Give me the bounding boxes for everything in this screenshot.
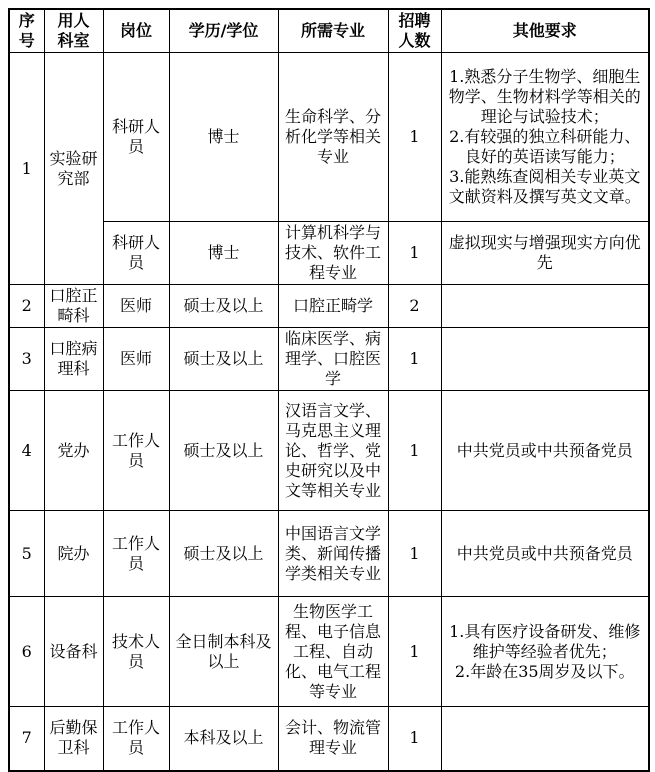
table-row: 2 口腔正畸科 医师 硕士及以上 口腔正畸学 2: [9, 285, 649, 328]
cell-major: 计算机科学与技术、软件工程专业: [278, 222, 388, 285]
cell-degree: 博士: [169, 53, 278, 222]
cell-position: 工作人员: [103, 511, 169, 597]
cell-degree: 硕士及以上: [169, 328, 278, 391]
table-row: 1 实验研究部 科研人员 博士 生命科学、分析化学等相关专业 1 1.熟悉分子生…: [9, 53, 649, 222]
cell-degree: 硕士及以上: [169, 511, 278, 597]
cell-other: [441, 328, 649, 391]
cell-other: 虚拟现实与增强现实方向优先: [441, 222, 649, 285]
header-no: 序号: [9, 9, 44, 53]
cell-dept: 实验研究部: [44, 53, 103, 285]
cell-major: 临床医学、病理学、口腔医学: [278, 328, 388, 391]
cell-other: 中共党员或中共预备党员: [441, 391, 649, 511]
table-row: 3 口腔病理科 医师 硕士及以上 临床医学、病理学、口腔医学 1: [9, 328, 649, 391]
cell-position: 工作人员: [103, 391, 169, 511]
cell-position: 医师: [103, 328, 169, 391]
cell-dept: 院办: [44, 511, 103, 597]
header-degree: 学历/学位: [169, 9, 278, 53]
cell-other: 中共党员或中共预备党员: [441, 511, 649, 597]
cell-major: 汉语言文学、马克思主义理论、哲学、党史研究以及中文等相关专业: [278, 391, 388, 511]
cell-no: 4: [9, 391, 44, 511]
cell-other: [441, 285, 649, 328]
cell-no: 2: [9, 285, 44, 328]
cell-degree: 硕士及以上: [169, 391, 278, 511]
cell-position: 科研人员: [103, 53, 169, 222]
cell-dept: 设备科: [44, 597, 103, 707]
cell-count: 1: [388, 511, 441, 597]
header-dept: 用人科室: [44, 9, 103, 53]
table-row: 5 院办 工作人员 硕士及以上 中国语言文学类、新闻传播学类相关专业 1 中共党…: [9, 511, 649, 597]
cell-major: 生物医学工程、电子信息工程、自动化、电气工程等专业: [278, 597, 388, 707]
header-major: 所需专业: [278, 9, 388, 53]
table-row: 科研人员 博士 计算机科学与技术、软件工程专业 1 虚拟现实与增强现实方向优先: [9, 222, 649, 285]
document-page: 序号 用人科室 岗位 学历/学位 所需专业 招聘人数 其他要求 1 实验研究部 …: [0, 0, 655, 761]
cell-dept: 口腔正畸科: [44, 285, 103, 328]
cell-count: 2: [388, 285, 441, 328]
cell-degree: 全日制本科及以上: [169, 597, 278, 707]
header-count: 招聘人数: [388, 9, 441, 53]
cell-position: 技术人员: [103, 597, 169, 707]
cell-no: 1: [9, 53, 44, 285]
cell-no: 5: [9, 511, 44, 597]
cell-position: 科研人员: [103, 222, 169, 285]
cell-other: 1.熟悉分子生物学、细胞生物学、生物材料学等相关的理论与试验技术； 2.有较强的…: [441, 53, 649, 222]
cell-count: 1: [388, 328, 441, 391]
cell-major: 生命科学、分析化学等相关专业: [278, 53, 388, 222]
recruitment-table: 序号 用人科室 岗位 学历/学位 所需专业 招聘人数 其他要求 1 实验研究部 …: [8, 8, 650, 772]
cell-count: 1: [388, 222, 441, 285]
cell-other: 1.具有医疗设备研发、维修维护等经验者优先； 2.年龄在35周岁及以下。: [441, 597, 649, 707]
cell-major: 中国语言文学类、新闻传播学类相关专业: [278, 511, 388, 597]
cell-count: 1: [388, 597, 441, 707]
table-header-row: 序号 用人科室 岗位 学历/学位 所需专业 招聘人数 其他要求: [9, 9, 649, 53]
cell-count: 1: [388, 391, 441, 511]
cell-dept: 党办: [44, 391, 103, 511]
cell-major: 口腔正畸学: [278, 285, 388, 328]
cell-no: 6: [9, 597, 44, 707]
cell-degree: 硕士及以上: [169, 285, 278, 328]
header-other: 其他要求: [441, 9, 649, 53]
table-row: 4 党办 工作人员 硕士及以上 汉语言文学、马克思主义理论、哲学、党史研究以及中…: [9, 391, 649, 511]
cell-dept: 口腔病理科: [44, 328, 103, 391]
table-row: 6 设备科 技术人员 全日制本科及以上 生物医学工程、电子信息工程、自动化、电气…: [9, 597, 649, 707]
cell-count: 1: [388, 53, 441, 222]
cell-position: 医师: [103, 285, 169, 328]
cell-degree: 博士: [169, 222, 278, 285]
header-position: 岗位: [103, 9, 169, 53]
cell-no: 3: [9, 328, 44, 391]
